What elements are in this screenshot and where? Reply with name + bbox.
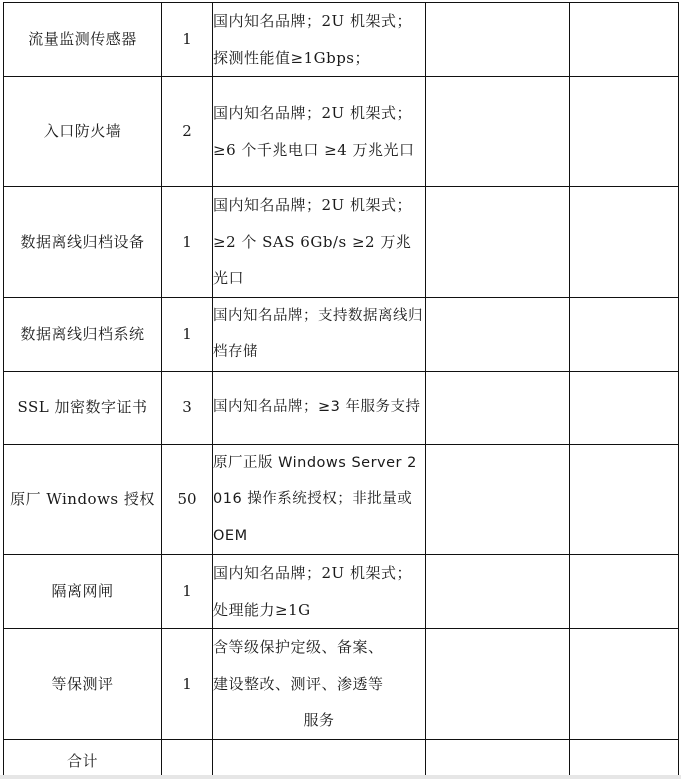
total-quantity-cell xyxy=(162,739,213,776)
quantity-cell: 1 xyxy=(162,297,213,371)
spec-line: 服务 xyxy=(213,702,425,739)
item-name-cell: 隔离网闸 xyxy=(4,555,162,629)
total-spec-cell xyxy=(213,739,426,776)
item-name-cell: 入口防火墙 xyxy=(4,77,162,187)
item-name-cell: 数据离线归档设备 xyxy=(4,187,162,298)
empty-cell xyxy=(570,444,679,555)
quantity-cell: 3 xyxy=(162,371,213,444)
page-bottom-edge xyxy=(0,775,681,779)
empty-cell xyxy=(426,77,570,187)
procurement-spec-table: 流量监测传感器 1 国内知名品牌；2U 机架式；探测性能值≥1Gbps； 入口防… xyxy=(3,2,679,777)
spec-cell: 国内知名品牌；2U 机架式；处理能力≥1G xyxy=(213,555,426,629)
empty-cell xyxy=(570,297,679,371)
table-row: 数据离线归档系统 1 国内知名品牌；支持数据离线归档存储 xyxy=(4,297,679,371)
empty-cell xyxy=(570,739,679,776)
quantity-cell: 1 xyxy=(162,555,213,629)
empty-cell xyxy=(570,555,679,629)
empty-cell xyxy=(426,555,570,629)
table-row: 等保测评 1 含等级保护定级、备案、 建设整改、测评、渗透等 服务 xyxy=(4,629,679,740)
total-row: 合计 xyxy=(4,739,679,776)
spec-line: 建设整改、测评、渗透等 xyxy=(213,666,425,703)
table-row: SSL 加密数字证书 3 国内知名品牌；≥3 年服务支持 xyxy=(4,371,679,444)
quantity-cell: 1 xyxy=(162,187,213,298)
empty-cell xyxy=(426,187,570,298)
spec-cell: 国内知名品牌；2U 机架式；≥6 个千兆电口 ≥4 万兆光口 xyxy=(213,77,426,187)
table-row: 隔离网闸 1 国内知名品牌；2U 机架式；处理能力≥1G xyxy=(4,555,679,629)
empty-cell xyxy=(570,77,679,187)
table-row: 入口防火墙 2 国内知名品牌；2U 机架式；≥6 个千兆电口 ≥4 万兆光口 xyxy=(4,77,679,187)
spec-cell: 含等级保护定级、备案、 建设整改、测评、渗透等 服务 xyxy=(213,629,426,740)
spec-cell: 国内知名品牌；2U 机架式；≥2 个 SAS 6Gb/s ≥2 万兆光口 xyxy=(213,187,426,298)
spec-cell: 国内知名品牌；≥3 年服务支持 xyxy=(213,371,426,444)
empty-cell xyxy=(570,3,679,77)
empty-cell xyxy=(426,444,570,555)
spec-cell: 国内知名品牌；支持数据离线归档存储 xyxy=(213,297,426,371)
table-row: 数据离线归档设备 1 国内知名品牌；2U 机架式；≥2 个 SAS 6Gb/s … xyxy=(4,187,679,298)
table-row: 原厂 Windows 授权 50 原厂正版 Windows Server 201… xyxy=(4,444,679,555)
quantity-cell: 50 xyxy=(162,444,213,555)
item-name-cell: 流量监测传感器 xyxy=(4,3,162,77)
document-page: 流量监测传感器 1 国内知名品牌；2U 机架式；探测性能值≥1Gbps； 入口防… xyxy=(0,0,681,779)
item-name-cell: 原厂 Windows 授权 xyxy=(4,444,162,555)
quantity-cell: 1 xyxy=(162,629,213,740)
item-name-cell: 等保测评 xyxy=(4,629,162,740)
item-name-cell: SSL 加密数字证书 xyxy=(4,371,162,444)
empty-cell xyxy=(426,297,570,371)
empty-cell xyxy=(570,629,679,740)
quantity-cell: 2 xyxy=(162,77,213,187)
spec-line: 含等级保护定级、备案、 xyxy=(213,629,425,666)
empty-cell xyxy=(426,371,570,444)
empty-cell xyxy=(570,371,679,444)
empty-cell xyxy=(426,629,570,740)
total-label-cell: 合计 xyxy=(4,739,162,776)
spec-cell: 国内知名品牌；2U 机架式；探测性能值≥1Gbps； xyxy=(213,3,426,77)
empty-cell xyxy=(426,739,570,776)
empty-cell xyxy=(426,3,570,77)
table-row: 流量监测传感器 1 国内知名品牌；2U 机架式；探测性能值≥1Gbps； xyxy=(4,3,679,77)
item-name-cell: 数据离线归档系统 xyxy=(4,297,162,371)
spec-cell: 原厂正版 Windows Server 2016 操作系统授权；非批量或 OEM xyxy=(213,444,426,555)
quantity-cell: 1 xyxy=(162,3,213,77)
empty-cell xyxy=(570,187,679,298)
